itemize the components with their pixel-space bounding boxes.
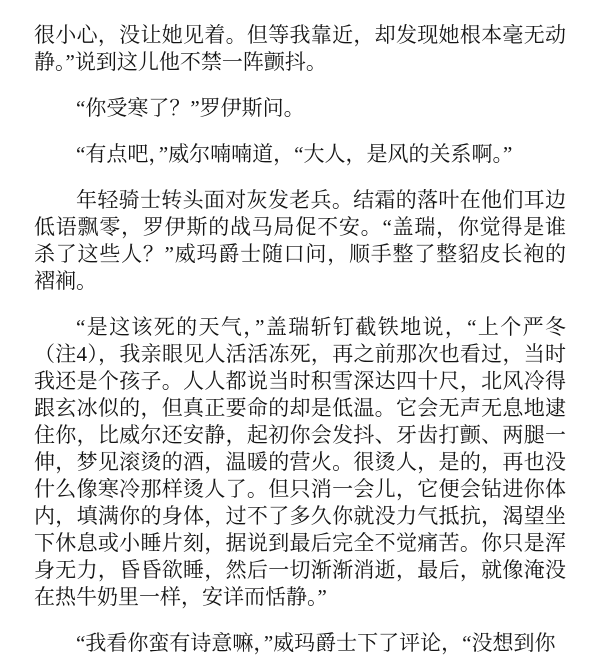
paragraph-narration: 年轻骑士转头面对灰发老兵。结霜的落叶在他们耳边低语飘零，罗伊斯的战马局促不安。“… (34, 187, 566, 295)
paragraph-dialogue-gared: “是这该死的天气，”盖瑞斩钉截铁地说，“上个严冬（注4），我亲眼见人活活冻死，再… (34, 314, 566, 611)
paragraph-dialogue-will: “有点吧，”威尔喃喃道，“大人，是风的关系啊。” (34, 141, 566, 168)
paragraph-dialogue-waymar: “我看你蛮有诗意嘛，”威玛爵士下了评论，“没想到你 (34, 630, 566, 657)
paragraph-dialogue-royce: “你受寒了？”罗伊斯问。 (34, 95, 566, 122)
document-page: 很小心，没让她见着。但等我靠近，却发现她根本毫无动静。”说到这儿他不禁一阵颤抖。… (0, 0, 600, 660)
paragraph-continuation: 很小心，没让她见着。但等我靠近，却发现她根本毫无动静。”说到这儿他不禁一阵颤抖。 (34, 22, 566, 76)
